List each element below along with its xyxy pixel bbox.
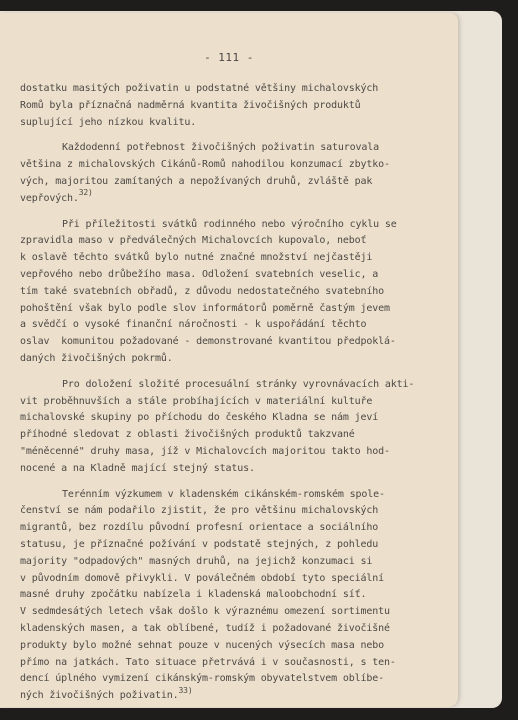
line-text: migrantů, bez rozdílu původní profesní o…: [20, 522, 378, 533]
text-line: příhodné sledovat z oblasti živočišných …: [20, 427, 460, 444]
line-text: masné druhy zpočátku nabízela i kladensk…: [20, 589, 366, 600]
line-text: ných živočišných poživatin.: [20, 690, 179, 701]
text-line: většina z michalovských Cikánů-Romů naho…: [20, 157, 460, 174]
line-text: dencí úplného vymizení cikánským-romským…: [20, 673, 384, 684]
text-line: ných živočišných poživatin.33): [20, 688, 460, 705]
line-text: produkty bylo možné sehnat pouze v nucen…: [20, 640, 384, 651]
line-text: pohoštění však bylo podle slov informáto…: [20, 303, 390, 314]
line-text: vepřového nebo drůbežího masa. Odložení …: [20, 269, 378, 280]
text-line: Terénním výzkumem v kladenském cikánském…: [20, 487, 460, 504]
line-text: oslav komunitou požadované - demonstrova…: [20, 336, 396, 347]
paragraph: Terénním výzkumem v kladenském cikánském…: [20, 487, 460, 705]
line-text: vých, majoritou zamítaných a nepožívanýc…: [20, 176, 372, 187]
line-text: V sedmdesátých letech však došlo k výraz…: [20, 606, 390, 617]
text-line: tím také svatebních obřadů, z důvodu ned…: [20, 284, 460, 301]
line-text: kladenských masen, a tak oblíbené, tudíž…: [20, 623, 390, 634]
text-line: dostatku masitých poživatin u podstatné …: [20, 81, 460, 98]
text-line: kladenských masen, a tak oblíbené, tudíž…: [20, 621, 460, 638]
footnote-reference: 32): [79, 188, 93, 197]
text-line: vit proběhnuvších a stále probíhajících …: [20, 394, 460, 411]
line-text: nocené a na Kladně mající stejný status.: [20, 463, 255, 474]
line-text: v původním domově přivykli. V poválečném…: [20, 573, 384, 584]
text-line: majority "odpadových" masných druhů, na …: [20, 554, 460, 571]
text-line: migrantů, bez rozdílu původní profesní o…: [20, 520, 460, 537]
line-text: vit proběhnuvších a stále probíhajících …: [20, 396, 372, 407]
text-line: statusu, je příznačné požívání v podstat…: [20, 537, 460, 554]
line-text: tím také svatebních obřadů, z důvodu ned…: [20, 286, 384, 297]
text-line: "méněcenné" druhy masa, jíž v Michalovcí…: [20, 444, 460, 461]
line-text: dostatku masitých poživatin u podstatné …: [20, 83, 378, 94]
text-line: produkty bylo možné sehnat pouze v nucen…: [20, 638, 460, 655]
document-body: dostatku masitých poživatin u podstatné …: [20, 81, 460, 714]
text-line: suplující jeho nízkou kvalitu.: [20, 115, 460, 132]
text-line: zpravidla maso v předválečných Michalovc…: [20, 233, 460, 250]
text-line: dencí úplného vymizení cikánským-romským…: [20, 671, 460, 688]
line-text: Romů byla příznačná nadměrná kvantita ži…: [20, 100, 361, 111]
paragraph: Pro doložení složité procesuální stránky…: [20, 377, 460, 478]
text-line: Pro doložení složité procesuální stránky…: [20, 377, 460, 394]
text-line: oslav komunitou požadované - demonstrova…: [20, 334, 460, 351]
line-text: suplující jeho nízkou kvalitu.: [20, 117, 196, 128]
footnote-reference: 33): [179, 686, 193, 695]
text-line: Každodenní potřebnost živočišných poživa…: [20, 140, 460, 157]
text-line: michalovské skupiny po příchodu do české…: [20, 410, 460, 427]
line-text: Terénním výzkumem v kladenském cikánském…: [62, 489, 385, 500]
text-line: V sedmdesátých letech však došlo k výraz…: [20, 604, 460, 621]
text-line: vepřového nebo drůbežího masa. Odložení …: [20, 267, 460, 284]
line-text: Každodenní potřebnost živočišných poživa…: [62, 142, 379, 153]
line-text: čenství se nám podařilo zjistit, že pro …: [20, 505, 378, 516]
paragraph: Při příležitosti svátků rodinného nebo v…: [20, 217, 460, 368]
line-text: zpravidla maso v předválečných Michalovc…: [20, 235, 366, 246]
line-text: vepřových.: [20, 193, 79, 204]
text-line: vepřových.32): [20, 191, 460, 208]
line-text: Při příležitosti svátků rodinného nebo v…: [62, 219, 397, 230]
page-number: - 111 -: [0, 51, 458, 64]
document-page: - 111 - dostatku masitých poživatin u po…: [0, 13, 458, 707]
text-line: masné druhy zpočátku nabízela i kladensk…: [20, 587, 460, 604]
text-line: daných živočišných pokrmů.: [20, 351, 460, 368]
text-line: v původním domově přivykli. V poválečném…: [20, 571, 460, 588]
line-text: k oslavě těchto svátků bylo nutné značné…: [20, 252, 372, 263]
paragraph: Každodenní potřebnost živočišných poživa…: [20, 140, 460, 207]
line-text: a svědčí o vysoké finanční náročnosti - …: [20, 319, 366, 330]
text-line: k oslavě těchto svátků bylo nutné značné…: [20, 250, 460, 267]
text-line: a svědčí o vysoké finanční náročnosti - …: [20, 317, 460, 334]
line-text: "méněcenné" druhy masa, jíž v Michalovcí…: [20, 446, 390, 457]
line-text: příhodné sledovat z oblasti živočišných …: [20, 429, 355, 440]
text-line: pohoštění však bylo podle slov informáto…: [20, 301, 460, 318]
text-line: přímo na jatkách. Tato situace přetrvává…: [20, 655, 460, 672]
line-text: majority "odpadových" masných druhů, na …: [20, 556, 372, 567]
text-line: čenství se nám podařilo zjistit, že pro …: [20, 503, 460, 520]
line-text: daných živočišných pokrmů.: [20, 353, 173, 364]
line-text: michalovské skupiny po příchodu do české…: [20, 412, 378, 423]
line-text: přímo na jatkách. Tato situace přetrvává…: [20, 657, 396, 668]
text-line: Romů byla příznačná nadměrná kvantita ži…: [20, 98, 460, 115]
line-text: Pro doložení složité procesuální stránky…: [62, 379, 414, 390]
paragraph: dostatku masitých poživatin u podstatné …: [20, 81, 460, 131]
text-line: nocené a na Kladně mající stejný status.: [20, 461, 460, 478]
text-line: Při příležitosti svátků rodinného nebo v…: [20, 217, 460, 234]
line-text: většina z michalovských Cikánů-Romů naho…: [20, 159, 390, 170]
line-text: statusu, je příznačné požívání v podstat…: [20, 539, 378, 550]
